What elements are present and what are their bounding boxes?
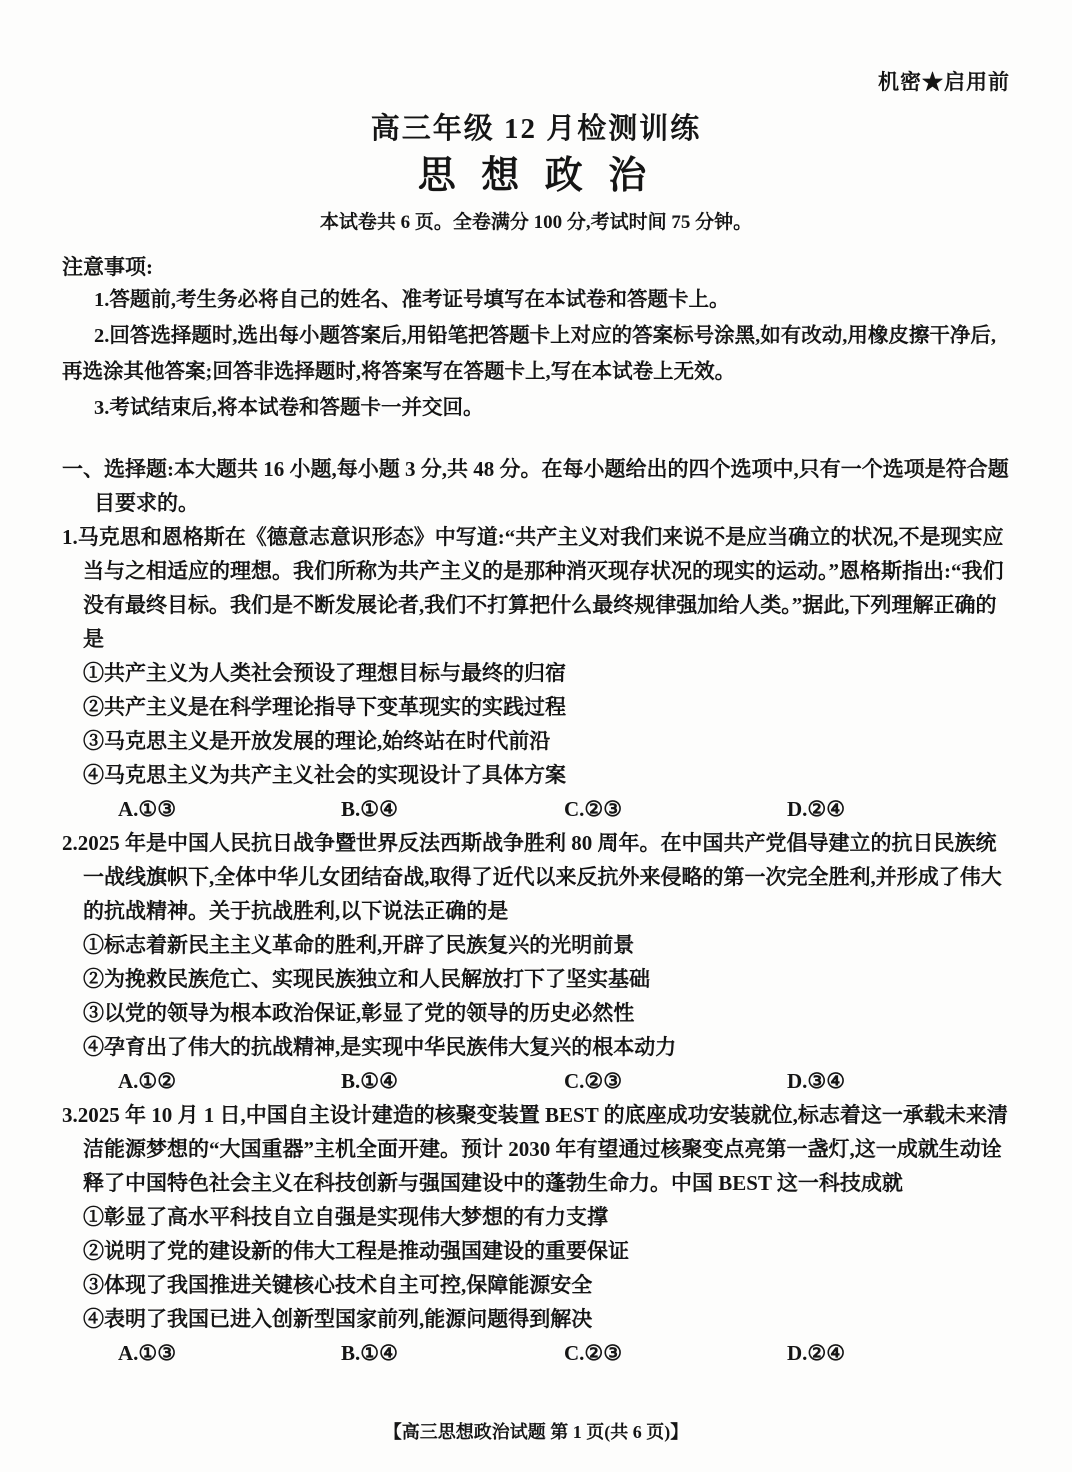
question-1-choice-d: D.②④ bbox=[787, 792, 845, 826]
question-3-choice-d: D.②④ bbox=[787, 1336, 845, 1370]
question-1-statement-3: ③马克思主义是开放发展的理论,始终站在时代前沿 bbox=[62, 724, 1010, 758]
question-3-statement-4: ④表明了我国已进入创新型国家前列,能源问题得到解决 bbox=[62, 1302, 1010, 1336]
question-2-choice-d: D.③④ bbox=[787, 1064, 845, 1098]
question-2-statement-1: ①标志着新民主主义革命的胜利,开辟了民族复兴的光明前景 bbox=[62, 928, 1010, 962]
notice-item-1: 1.答题前,考生务必将自己的姓名、准考证号填写在本试卷和答题卡上。 bbox=[62, 282, 1010, 318]
question-3-choice-a: A.①③ bbox=[118, 1336, 341, 1370]
notices-title: 注意事项: bbox=[62, 252, 1010, 282]
question-3-choice-c: C.②③ bbox=[564, 1336, 787, 1370]
question-2-choice-c: C.②③ bbox=[564, 1064, 787, 1098]
section-one-heading: 一、选择题:本大题共 16 小题,每小题 3 分,共 48 分。在每小题给出的四… bbox=[62, 452, 1010, 520]
question-2-choices: A.①② B.①④ C.②③ D.③④ bbox=[62, 1064, 1010, 1098]
question-1-choice-c: C.②③ bbox=[564, 792, 787, 826]
question-3-statement-3: ③体现了我国推进关键核心技术自主可控,保障能源安全 bbox=[62, 1268, 1010, 1302]
question-1-choice-a: A.①③ bbox=[118, 792, 341, 826]
subject-title: 思 想 政 治 bbox=[62, 152, 1010, 200]
question-1-statement-1: ①共产主义为人类社会预设了理想目标与最终的归宿 bbox=[62, 656, 1010, 690]
page-content: 机密★启用前 高三年级 12 月检测训练 思 想 政 治 本试卷共 6 页。全卷… bbox=[0, 0, 1072, 1370]
notice-item-3: 3.考试结束后,将本试卷和答题卡一并交回。 bbox=[62, 390, 1010, 426]
question-3-choice-b: B.①④ bbox=[341, 1336, 564, 1370]
question-3-statement-2: ②说明了党的建设新的伟大工程是推动强国建设的重要保证 bbox=[62, 1234, 1010, 1268]
question-1-choices: A.①③ B.①④ C.②③ D.②④ bbox=[62, 792, 1010, 826]
question-2-statement-4: ④孕育出了伟大的抗战精神,是实现中华民族伟大复兴的根本动力 bbox=[62, 1030, 1010, 1064]
question-2-number: 2. bbox=[62, 831, 78, 855]
question-3-statement-1: ①彰显了高水平科技自立自强是实现伟大梦想的有力支撑 bbox=[62, 1200, 1010, 1234]
question-3-text: 2025 年 10 月 1 日,中国自主设计建造的核聚变装置 BEST 的底座成… bbox=[78, 1103, 1008, 1195]
question-2-choice-a: A.①② bbox=[118, 1064, 341, 1098]
question-1-stem: 1.马克思和恩格斯在《德意志意识形态》中写道:“共产主义对我们来说不是应当确立的… bbox=[62, 520, 1010, 656]
question-1-choice-b: B.①④ bbox=[341, 792, 564, 826]
question-1-number: 1. bbox=[62, 525, 78, 549]
question-2-statement-3: ③以党的领导为根本政治保证,彰显了党的领导的历史必然性 bbox=[62, 996, 1010, 1030]
notice-item-2: 2.回答选择题时,选出每小题答案后,用铅笔把答题卡上对应的答案标号涂黑,如有改动… bbox=[62, 318, 1010, 390]
question-2: 2.2025 年是中国人民抗日战争暨世界反法西斯战争胜利 80 周年。在中国共产… bbox=[62, 826, 1010, 1098]
confidential-label: 机密★启用前 bbox=[62, 70, 1010, 94]
question-1-text: 马克思和恩格斯在《德意志意识形态》中写道:“共产主义对我们来说不是应当确立的状况… bbox=[78, 525, 1004, 651]
question-1: 1.马克思和恩格斯在《德意志意识形态》中写道:“共产主义对我们来说不是应当确立的… bbox=[62, 520, 1010, 826]
question-3-number: 3. bbox=[62, 1103, 78, 1127]
paper-info-line: 本试卷共 6 页。全卷满分 100 分,考试时间 75 分钟。 bbox=[62, 210, 1010, 236]
page-footer: 【高三思想政治试题 第 1 页(共 6 页)】 bbox=[0, 1420, 1072, 1444]
question-2-text: 2025 年是中国人民抗日战争暨世界反法西斯战争胜利 80 周年。在中国共产党倡… bbox=[78, 831, 1002, 923]
question-2-choice-b: B.①④ bbox=[341, 1064, 564, 1098]
question-2-stem: 2.2025 年是中国人民抗日战争暨世界反法西斯战争胜利 80 周年。在中国共产… bbox=[62, 826, 1010, 928]
question-3: 3.2025 年 10 月 1 日,中国自主设计建造的核聚变装置 BEST 的底… bbox=[62, 1098, 1010, 1370]
question-1-statement-4: ④马克思主义为共产主义社会的实现设计了具体方案 bbox=[62, 758, 1010, 792]
exam-paper-page: 机密★启用前 高三年级 12 月检测训练 思 想 政 治 本试卷共 6 页。全卷… bbox=[0, 0, 1072, 1472]
question-1-statement-2: ②共产主义是在科学理论指导下变革现实的实践过程 bbox=[62, 690, 1010, 724]
question-3-choices: A.①③ B.①④ C.②③ D.②④ bbox=[62, 1336, 1010, 1370]
question-2-statement-2: ②为挽救民族危亡、实现民族独立和人民解放打下了坚实基础 bbox=[62, 962, 1010, 996]
question-3-stem: 3.2025 年 10 月 1 日,中国自主设计建造的核聚变装置 BEST 的底… bbox=[62, 1098, 1010, 1200]
exam-title: 高三年级 12 月检测训练 bbox=[62, 110, 1010, 148]
